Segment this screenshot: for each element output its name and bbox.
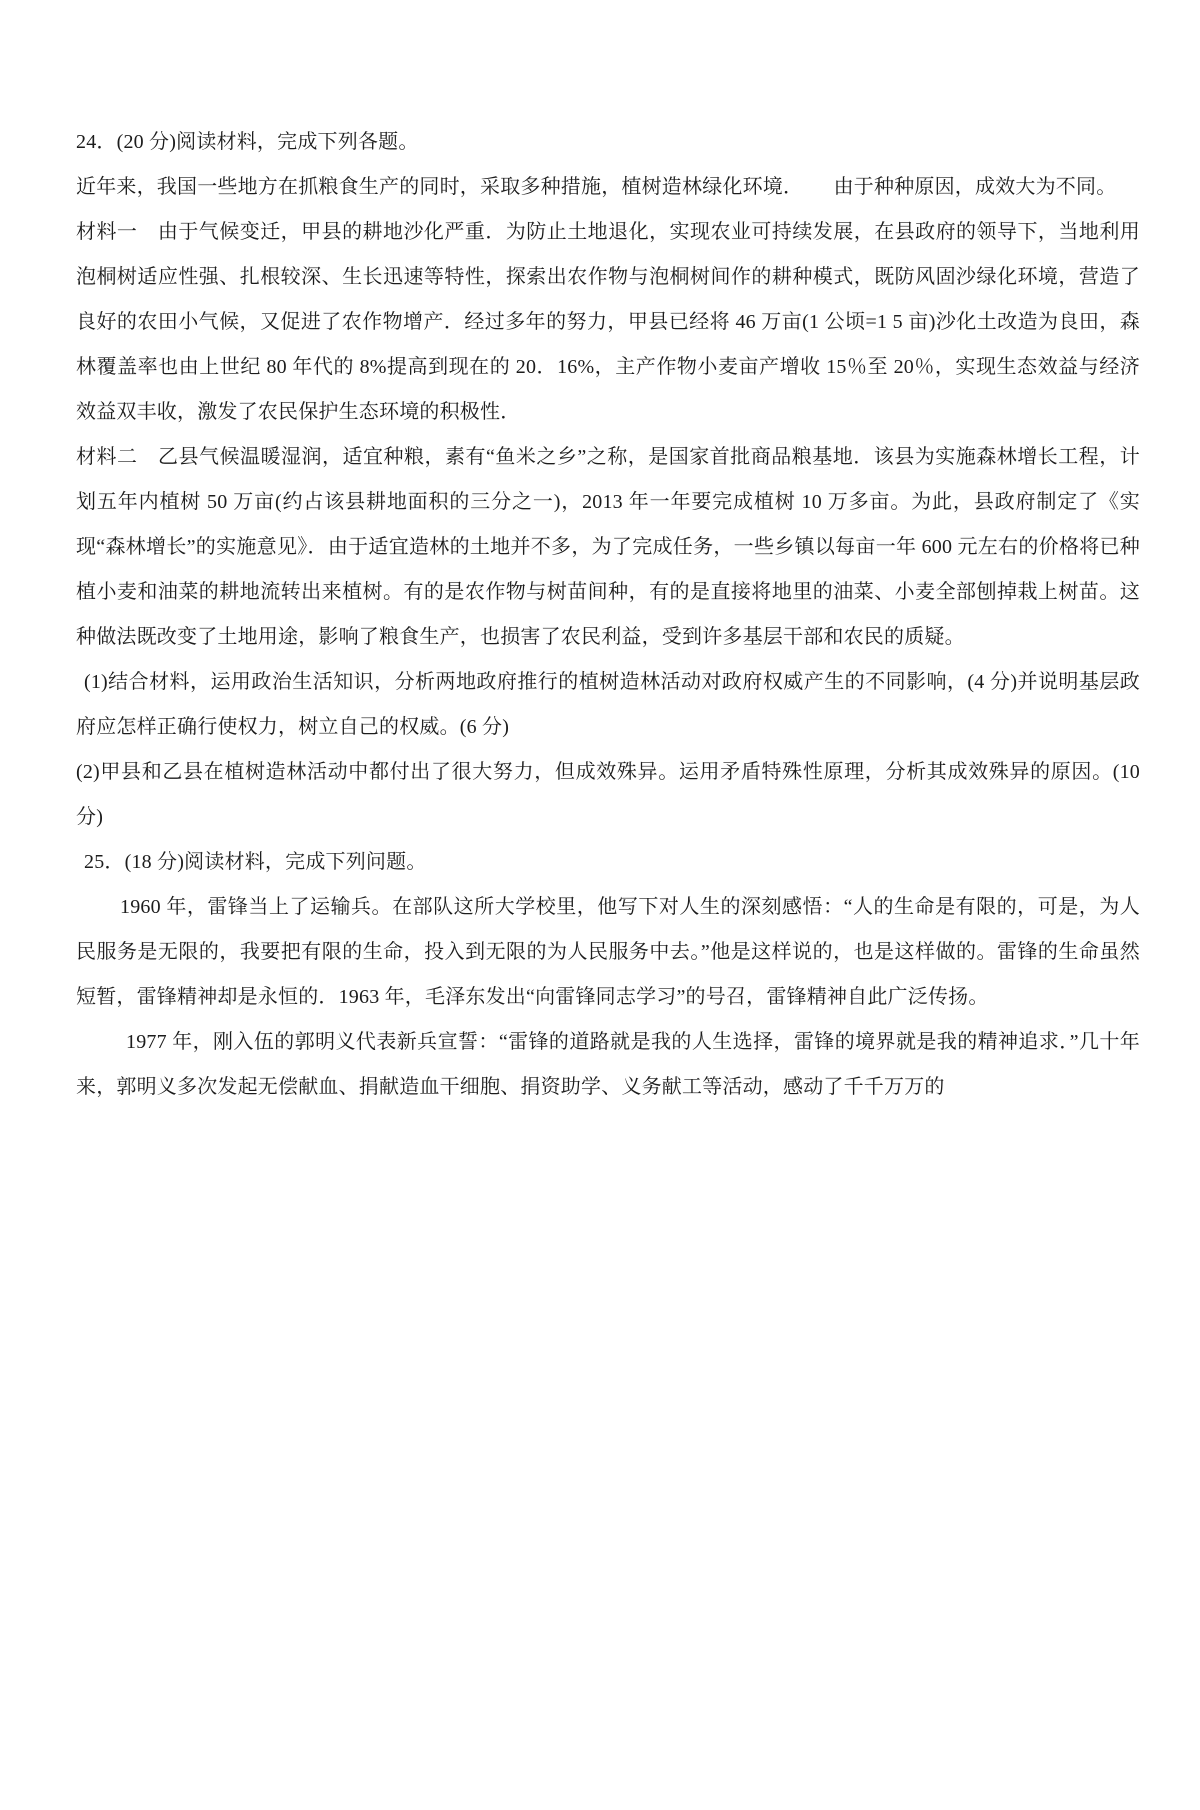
question-24-subquestion-1: (1)结合材料，运用政治生活知识，分析两地政府推行的植树造林活动对政府权威产生的… (76, 660, 1140, 750)
question-25-paragraph-1: 1960 年，雷锋当上了运输兵。在部队这所大学校里，他写下对人生的深刻感悟：“人… (76, 885, 1140, 1020)
question-24-subquestion-2: (2)甲县和乙县在植树造林活动中都付出了很大努力，但成效殊异。运用矛盾特殊性原理… (76, 750, 1140, 840)
exam-document-page: 24．(20 分)阅读材料，完成下列各题。 近年来，我国一些地方在抓粮食生产的同… (0, 0, 1200, 1810)
question-25-header: 25．(18 分)阅读材料，完成下列问题。 (76, 840, 1140, 885)
question-25-paragraph-2: 1977 年，刚入伍的郭明义代表新兵宣誓：“雷锋的道路就是我的人生选择，雷锋的境… (76, 1020, 1140, 1110)
question-24-material-1: 材料一 由于气候变迁，甲县的耕地沙化严重．为防止土地退化，实现农业可持续发展，在… (76, 210, 1140, 435)
question-24-material-2: 材料二 乙县气候温暖湿润，适宜种粮，素有“鱼米之乡”之称，是国家首批商品粮基地．… (76, 435, 1140, 660)
question-24-header: 24．(20 分)阅读材料，完成下列各题。 (76, 120, 1140, 165)
question-24-intro: 近年来，我国一些地方在抓粮食生产的同时，采取多种措施，植树造林绿化环境． 由于种… (76, 165, 1140, 210)
